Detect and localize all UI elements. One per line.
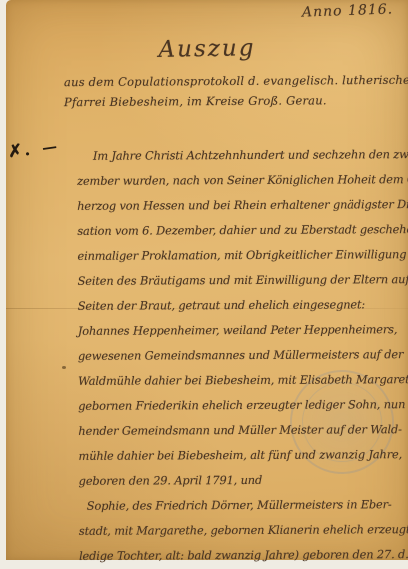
body-line: Johannes Heppenheimer, weiland Peter Hep… bbox=[78, 317, 404, 344]
handwritten-body-text: Im Jahre Christi Achtzehnhundert und sec… bbox=[77, 142, 405, 560]
ink-speck bbox=[62, 366, 66, 369]
body-line: Sophie, des Friedrich Dörner, Müllermeis… bbox=[79, 492, 405, 519]
body-line: hender Gemeindsmann und Müller Meister a… bbox=[78, 417, 404, 444]
body-line: Seiten der Braut, getraut und ehelich ei… bbox=[78, 292, 404, 319]
subtitle-line-1: aus dem Copulationsprotokoll d. evangeli… bbox=[64, 73, 394, 89]
body-line: gewesenen Gemeindsmannes und Müllermeist… bbox=[78, 342, 404, 369]
body-line: zember wurden, nach von Seiner Königlich… bbox=[77, 167, 403, 194]
body-line: einmaliger Proklamation, mit Obrigkeitli… bbox=[77, 242, 403, 269]
aged-paper-sheet: Anno 1816. Auszug aus dem Copulationspro… bbox=[6, 0, 408, 560]
body-line: herzog von Hessen und bei Rhein erhalten… bbox=[77, 192, 403, 219]
body-line: sation vom 6. Dezember, dahier und zu Eb… bbox=[77, 217, 403, 244]
body-line: mühle dahier bei Biebesheim, alt fünf un… bbox=[78, 442, 404, 469]
anno-date-annotation: Anno 1816. bbox=[302, 1, 394, 20]
body-line: geboren den 29. April 1791, und bbox=[79, 467, 405, 494]
body-line: stadt, mit Margarethe, gebornen Klianeri… bbox=[79, 517, 405, 544]
subtitle-line-2: Pfarrei Biebesheim, im Kreise Groß. Gera… bbox=[64, 93, 394, 109]
margin-dash-mark: — bbox=[41, 137, 58, 157]
margin-cross-mark: ✗. bbox=[7, 140, 33, 162]
body-line: ledige Tochter, alt: bald zwanzig Jahre)… bbox=[79, 542, 405, 560]
document-title: Auszug bbox=[6, 32, 408, 65]
body-line: Im Jahre Christi Achtzehnhundert und sec… bbox=[77, 142, 403, 169]
body-line: Seiten des Bräutigams und mit Einwilligu… bbox=[78, 267, 404, 294]
body-line: gebornen Friederikin ehelich erzeugter l… bbox=[78, 392, 404, 419]
body-line: Waldmühle dahier bei Biebesheim, mit Eli… bbox=[78, 367, 404, 394]
